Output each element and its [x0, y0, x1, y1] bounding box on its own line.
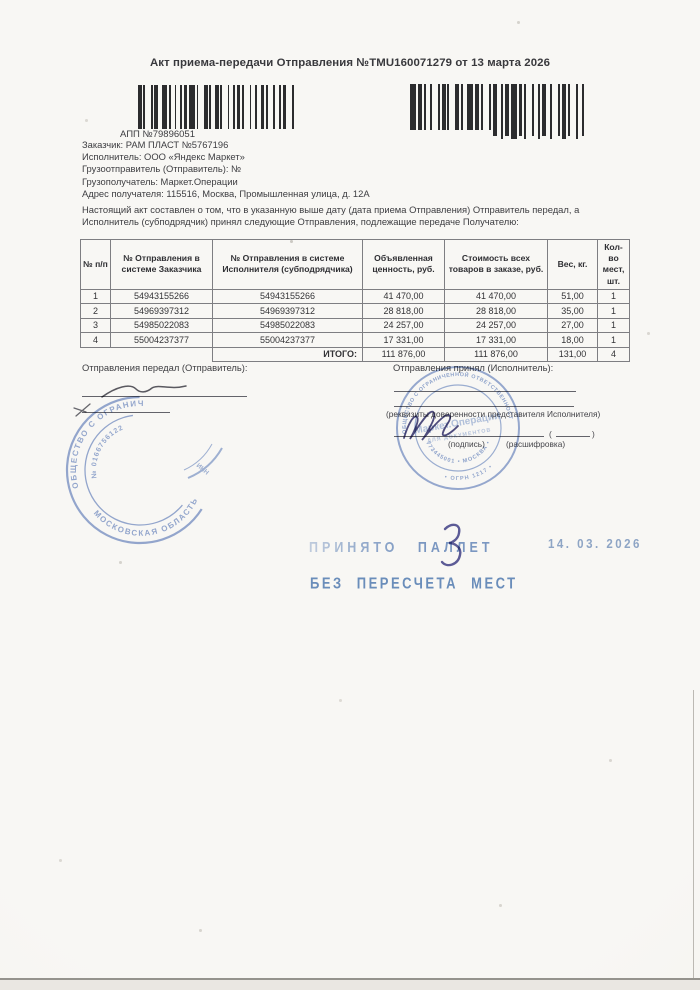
- paren-close: ): [592, 429, 595, 439]
- consignor-line: Грузоотправитель (Отправитель): №: [82, 163, 370, 175]
- total-row: ИТОГО:111 876,00111 876,00131,004: [81, 347, 630, 362]
- column-header: Кол-во мест, шт.: [598, 240, 630, 290]
- executor-company-seal: ОБЩЕСТВО С ОГРАНИЧЕННОЙ ОТВЕТСТВЕННОСТЬЮ…: [391, 361, 525, 495]
- column-header: № п/п: [81, 240, 111, 290]
- customer-line: Заказчик: РАМ ПЛАСТ №5767196: [82, 139, 370, 151]
- table-cell: 17 331,00: [445, 333, 548, 348]
- pallet-count-handwritten: [438, 521, 468, 571]
- table-cell: 55004237377: [111, 333, 213, 348]
- column-header: № Отправления в системе Заказчика: [111, 240, 213, 290]
- table-cell: 1: [598, 333, 630, 348]
- table-cell: 54969397312: [213, 304, 363, 319]
- shipment-barcode: [410, 84, 584, 130]
- table-cell: 41 470,00: [363, 289, 445, 304]
- table-cell: 24 257,00: [445, 318, 548, 333]
- table-cell: 1: [598, 318, 630, 333]
- shipments-table: № п/п№ Отправления в системе Заказчика№ …: [80, 239, 630, 362]
- table-cell: 1: [81, 289, 111, 304]
- table-cell: 18,00: [548, 333, 598, 348]
- total-label: ИТОГО:: [213, 347, 363, 362]
- address-line: Адрес получателя: 115516, Москва, Промыш…: [82, 188, 370, 200]
- table-cell: 1: [598, 289, 630, 304]
- table-cell: 35,00: [548, 304, 598, 319]
- app-barcode: [138, 85, 294, 129]
- page-title: Акт приема-передачи Отправления №TMU1600…: [0, 57, 700, 69]
- total-goods-value: 111 876,00: [445, 347, 548, 362]
- table-cell: 27,00: [548, 318, 598, 333]
- total-declared-value: 111 876,00: [363, 347, 445, 362]
- executor-line: Исполнитель: ООО «Яндекс Маркет»: [82, 151, 370, 163]
- total-places: 4: [598, 347, 630, 362]
- scan-noise: [0, 0, 1, 1]
- table-row: 4550042373775500423737717 331,0017 331,0…: [81, 333, 630, 348]
- table-row: 3549850220835498502208324 257,0024 257,0…: [81, 318, 630, 333]
- scan-right-edge: [693, 690, 694, 986]
- table-cell: 2: [81, 304, 111, 319]
- table-cell: 54969397312: [111, 304, 213, 319]
- scanned-act-page: Акт приема-передачи Отправления №TMU1600…: [0, 0, 700, 990]
- scan-bottom-strip: [0, 980, 700, 990]
- intro-paragraph: Настоящий акт составлен о том, что в ука…: [82, 204, 638, 227]
- consignee-line: Грузополучатель: Маркет.Операции: [82, 176, 370, 188]
- table-cell: 28 818,00: [363, 304, 445, 319]
- column-header: № Отправления в системе Исполнителя (суб…: [213, 240, 363, 290]
- sender-label: Отправления передал (Отправитель):: [82, 362, 248, 373]
- paren-open: (: [549, 429, 552, 439]
- table-cell: 4: [81, 333, 111, 348]
- table-cell: 54985022083: [213, 318, 363, 333]
- table-cell: 54943155266: [213, 289, 363, 304]
- table-row: 2549693973125496939731228 818,0028 818,0…: [81, 304, 630, 319]
- table-cell: 24 257,00: [363, 318, 445, 333]
- table-cell: 17 331,00: [363, 333, 445, 348]
- column-header: Объявленная ценность, руб.: [363, 240, 445, 290]
- table-cell: 51,00: [548, 289, 598, 304]
- table-cell: 55004237377: [213, 333, 363, 348]
- column-header: Стоимость всех товаров в заказе, руб.: [445, 240, 548, 290]
- table-cell: 3: [81, 318, 111, 333]
- table-cell: 54985022083: [111, 318, 213, 333]
- table-cell: 1: [598, 304, 630, 319]
- parties-block: Заказчик: РАМ ПЛАСТ №5767196 Исполнитель…: [82, 139, 370, 200]
- table-cell: 54943155266: [111, 289, 213, 304]
- table-cell: 28 818,00: [445, 304, 548, 319]
- date-stamp: 14. 03. 2026: [548, 538, 642, 551]
- table-row: 1549431552665494315526641 470,0041 470,0…: [81, 289, 630, 304]
- total-weight: 131,00: [548, 347, 598, 362]
- no-recount-stamp: БЕЗ ПЕРЕСЧЕТА МЕСТ: [310, 574, 518, 592]
- table-cell: 41 470,00: [445, 289, 548, 304]
- total-blank-cell: [81, 347, 213, 362]
- column-header: Вес, кг.: [548, 240, 598, 290]
- sender-company-seal: ОБЩЕСТВО С ОГРАНИЧ МОСКОВСКАЯ ОБЛАСТЬ № …: [56, 386, 232, 556]
- decode-line: [556, 436, 590, 437]
